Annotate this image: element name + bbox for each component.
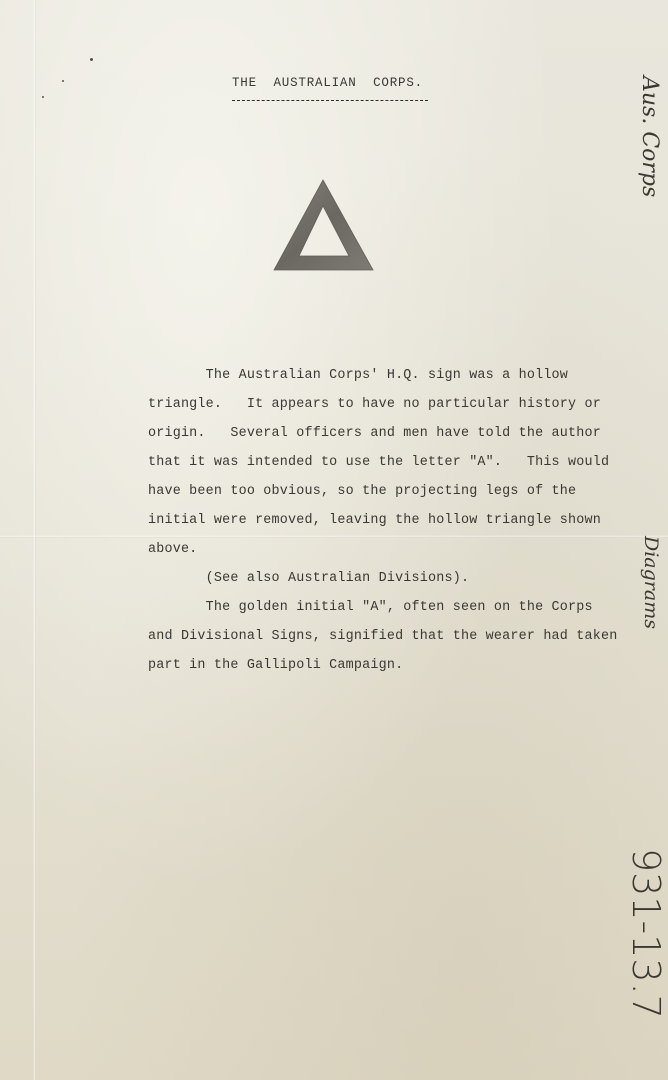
body-text-line: and Divisional Signs, signified that the… (148, 629, 617, 644)
body-text-line: origin. Several officers and men have to… (148, 426, 601, 441)
hollow-triangle-icon (272, 178, 376, 274)
body-text-line: part in the Gallipoli Campaign. (148, 658, 403, 673)
body-text-line: above. (148, 542, 197, 557)
body-text-line: The golden initial "A", often seen on th… (148, 600, 593, 615)
body-text-line: that it was intended to use the letter "… (148, 455, 609, 470)
title-underline (232, 100, 428, 101)
paper-fold-horizontal (0, 535, 668, 538)
paper-fold-vertical (33, 0, 36, 1080)
body-text-line: The Australian Corps' H.Q. sign was a ho… (148, 368, 568, 383)
body-text-line: triangle. It appears to have no particul… (148, 397, 601, 412)
body-text-line: (See also Australian Divisions). (148, 571, 469, 586)
body-text-line: initial were removed, leaving the hollow… (148, 513, 601, 528)
handwritten-annotation-reference: 931-13.7 (624, 848, 668, 1019)
handwritten-annotation-category: Aus. Corps (637, 76, 662, 197)
paper-speck (42, 96, 44, 98)
document-title: THE AUSTRALIAN CORPS. (232, 76, 423, 90)
handwritten-annotation-diagrams: Diagrams (640, 536, 662, 629)
paper-speck (90, 58, 93, 61)
body-text-line: have been too obvious, so the projecting… (148, 484, 576, 499)
paper-background (0, 0, 668, 1080)
paper-speck (62, 80, 64, 82)
